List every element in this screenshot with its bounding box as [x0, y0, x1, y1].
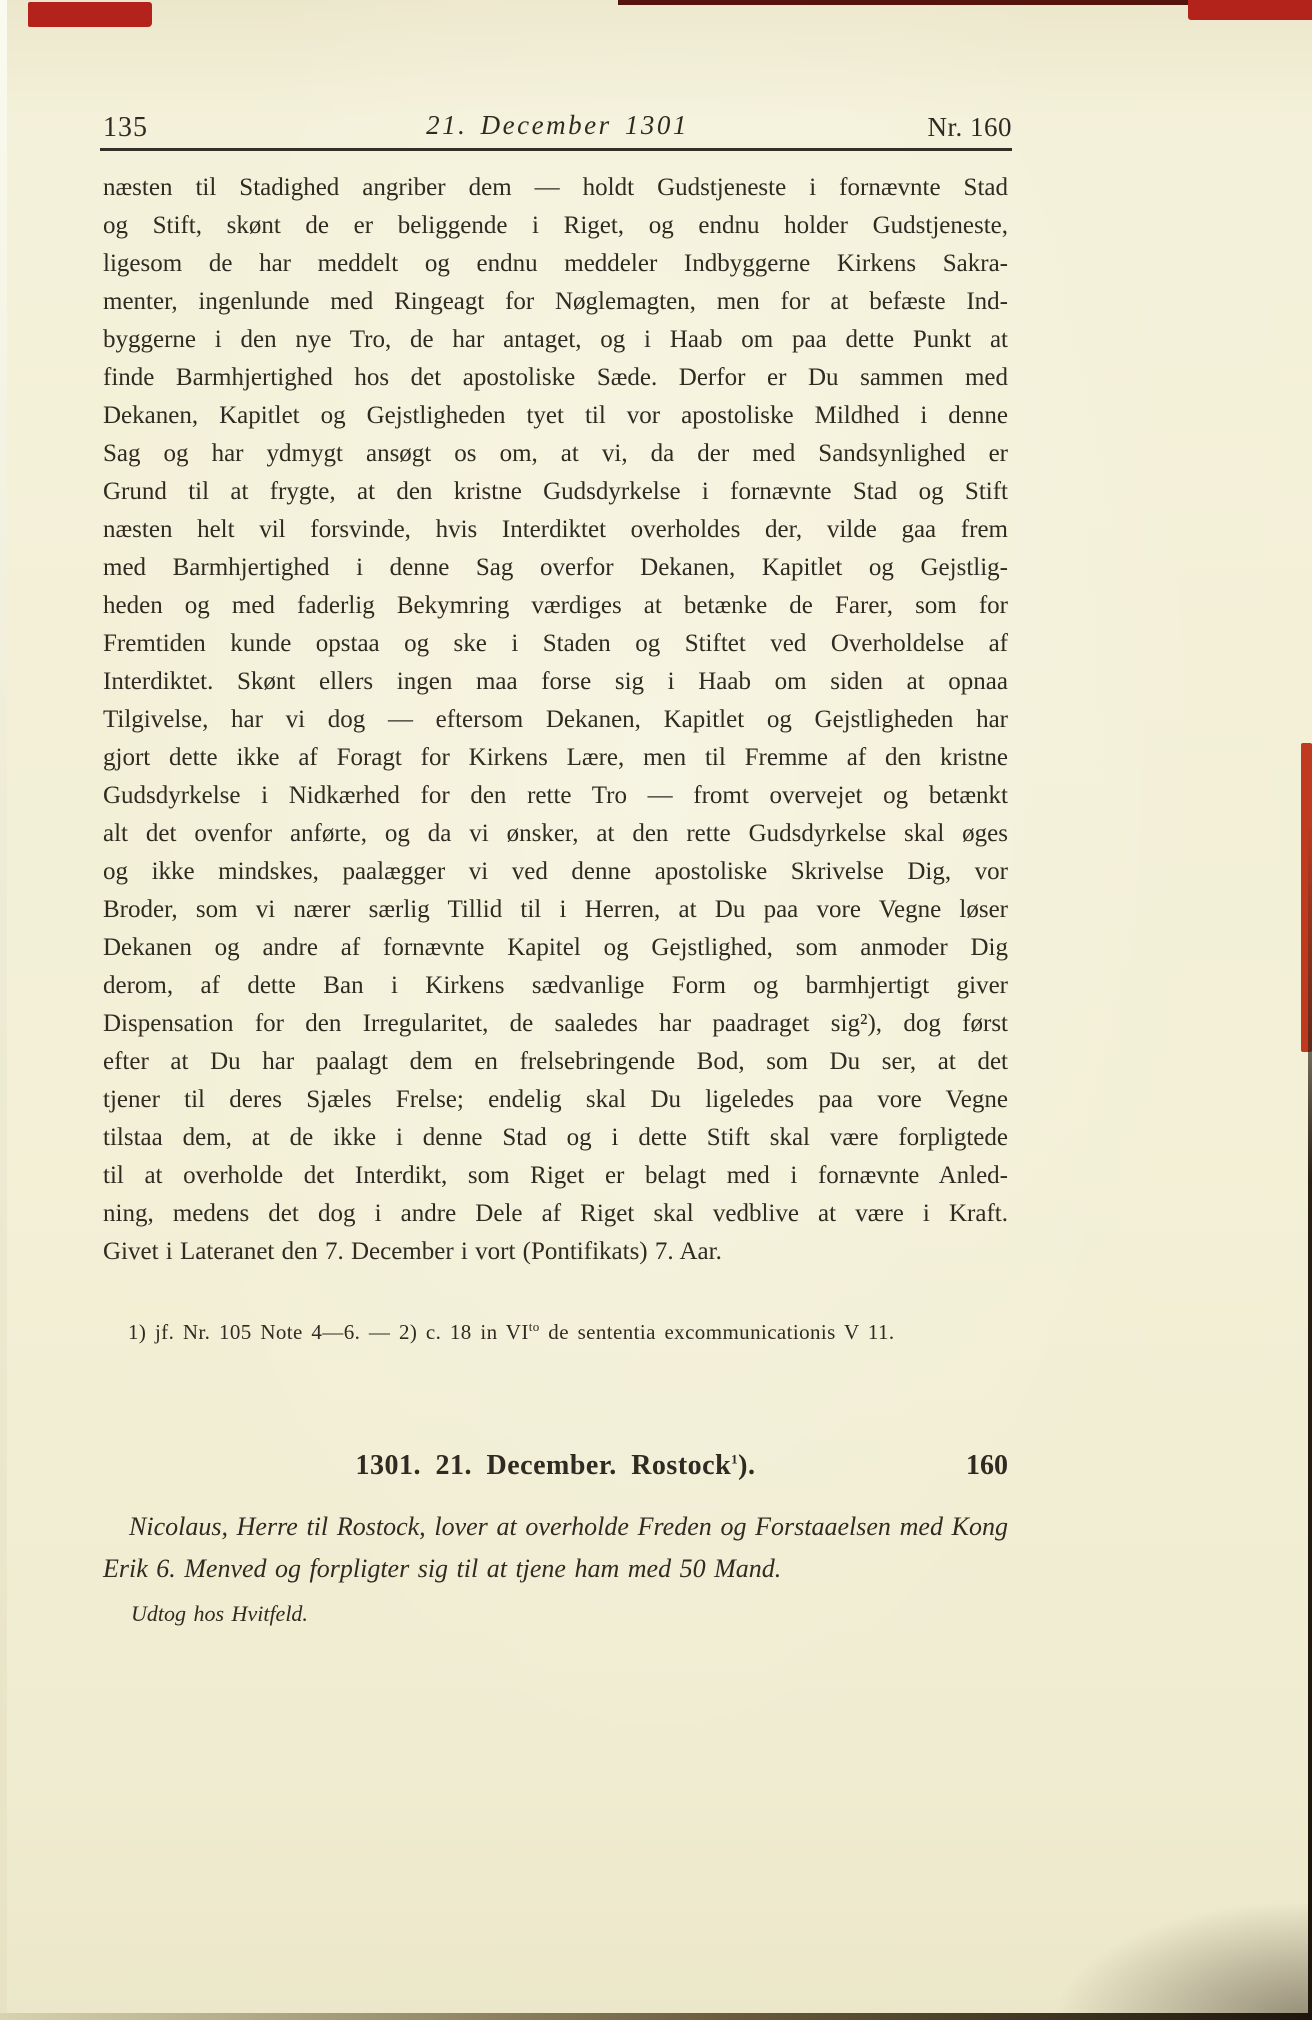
text-line: og ikke mindskes, paalægger vi ved denne… — [103, 853, 1008, 891]
summary-line: Nicolaus, Herre til Rostock, lover at ov… — [103, 1506, 1008, 1548]
entry-heading-text: 1301. 21. December. Rostock — [356, 1450, 732, 1481]
footnote-text: 1) jf. Nr. 105 Note 4—6. — 2) c. 18 in V… — [128, 1320, 529, 1344]
entry-summary: Nicolaus, Herre til Rostock, lover at ov… — [103, 1506, 1008, 1590]
scan-bottom-corner-shadow — [1052, 1900, 1312, 2020]
text-line: tilstaa dem, at de ikke i denne Stad og … — [103, 1119, 1008, 1157]
text-line: Grund til at frygte, at den kristne Guds… — [103, 473, 1008, 511]
text-line: næsten helt vil forsvinde, hvis Interdik… — [103, 511, 1008, 549]
text-line: til at overholde det Interdikt, som Rige… — [103, 1157, 1008, 1195]
entry-heading-row: 1301. 21. December. Rostock1). 160 — [103, 1450, 1008, 1486]
scan-left-edge — [0, 0, 7, 2020]
document-ref-number: Nr. 160 — [928, 112, 1013, 143]
text-line: alt det ovenfor anførte, og da vi ønsker… — [103, 815, 1008, 853]
text-line: Interdiktet. Skønt ellers ingen maa fors… — [103, 663, 1008, 701]
text-line: Sag og har ydmygt ansøgt os om, at vi, d… — [103, 435, 1008, 473]
text-line: gjort dette ikke af Foragt for Kirkens L… — [103, 739, 1008, 777]
text-line: Dekanen, Kapitlet og Gejstligheden tyet … — [103, 397, 1008, 435]
text-line: finde Barmhjertighed hos det apostoliske… — [103, 359, 1008, 397]
entry-heading-text-end: ). — [738, 1450, 755, 1481]
text-line: Dispensation for den Irregularitet, de s… — [103, 1005, 1008, 1043]
source-note: Udtog hos Hvitfeld. — [131, 1601, 308, 1627]
scan-bottom-edge — [0, 2013, 1312, 2020]
text-line: derom, af dette Ban i Kirkens sædvanlige… — [103, 967, 1008, 1005]
text-line: menter, ingenlunde med Ringeagt for Nøgl… — [103, 283, 1008, 321]
running-title: 21. December 1301 — [103, 110, 1012, 141]
entry-number: 160 — [966, 1450, 1008, 1482]
footnote-superscript: to — [529, 1319, 540, 1334]
text-line: og Stift, skønt de er beliggende i Riget… — [103, 207, 1008, 245]
text-line: med Barmhjertighed i denne Sag overfor D… — [103, 549, 1008, 587]
text-line: Dekanen og andre af fornævnte Kapitel og… — [103, 929, 1008, 967]
scan-red-mark-top-right — [1188, 0, 1312, 20]
text-line: Gudsdyrkelse i Nidkærhed for den rette T… — [103, 777, 1008, 815]
text-line: Fremtiden kunde opstaa og ske i Staden o… — [103, 625, 1008, 663]
text-line: ning, medens det dog i andre Dele af Rig… — [103, 1195, 1008, 1233]
scan-red-mark-top-left — [28, 2, 152, 27]
text-line: Broder, som vi nærer særlig Tillid til i… — [103, 891, 1008, 929]
footnote: 1) jf. Nr. 105 Note 4—6. — 2) c. 18 in V… — [128, 1320, 1008, 1345]
document-body: næsten til Stadighed angriber dem — hold… — [103, 169, 1008, 1271]
page-header: 135 21. December 1301 Nr. 160 — [103, 110, 1012, 146]
text-line: heden og med faderlig Bekymring værdiges… — [103, 587, 1008, 625]
book-page-scan: 135 21. December 1301 Nr. 160 næsten til… — [0, 0, 1312, 2020]
summary-line: Erik 6. Menved og forpligter sig til at … — [103, 1548, 1008, 1590]
footnote-text-end: de sententia excommunicationis V 11. — [540, 1320, 895, 1344]
text-line: næsten til Stadighed angriber dem — hold… — [103, 169, 1008, 207]
text-line: byggerne i den nye Tro, de har antaget, … — [103, 321, 1008, 359]
text-line: Tilgivelse, har vi dog — eftersom Dekane… — [103, 701, 1008, 739]
header-rule — [100, 148, 1012, 151]
text-line: Givet i Lateranet den 7. December i vort… — [103, 1233, 1008, 1271]
text-line: tjener til deres Sjæles Frelse; endelig … — [103, 1081, 1008, 1119]
text-line: efter at Du har paalagt dem en frelsebri… — [103, 1043, 1008, 1081]
text-line: ligesom de har meddelt og endnu meddeler… — [103, 245, 1008, 283]
entry-heading: 1301. 21. December. Rostock1). — [103, 1450, 1008, 1482]
scan-right-edge-shadow — [1308, 820, 1312, 2020]
